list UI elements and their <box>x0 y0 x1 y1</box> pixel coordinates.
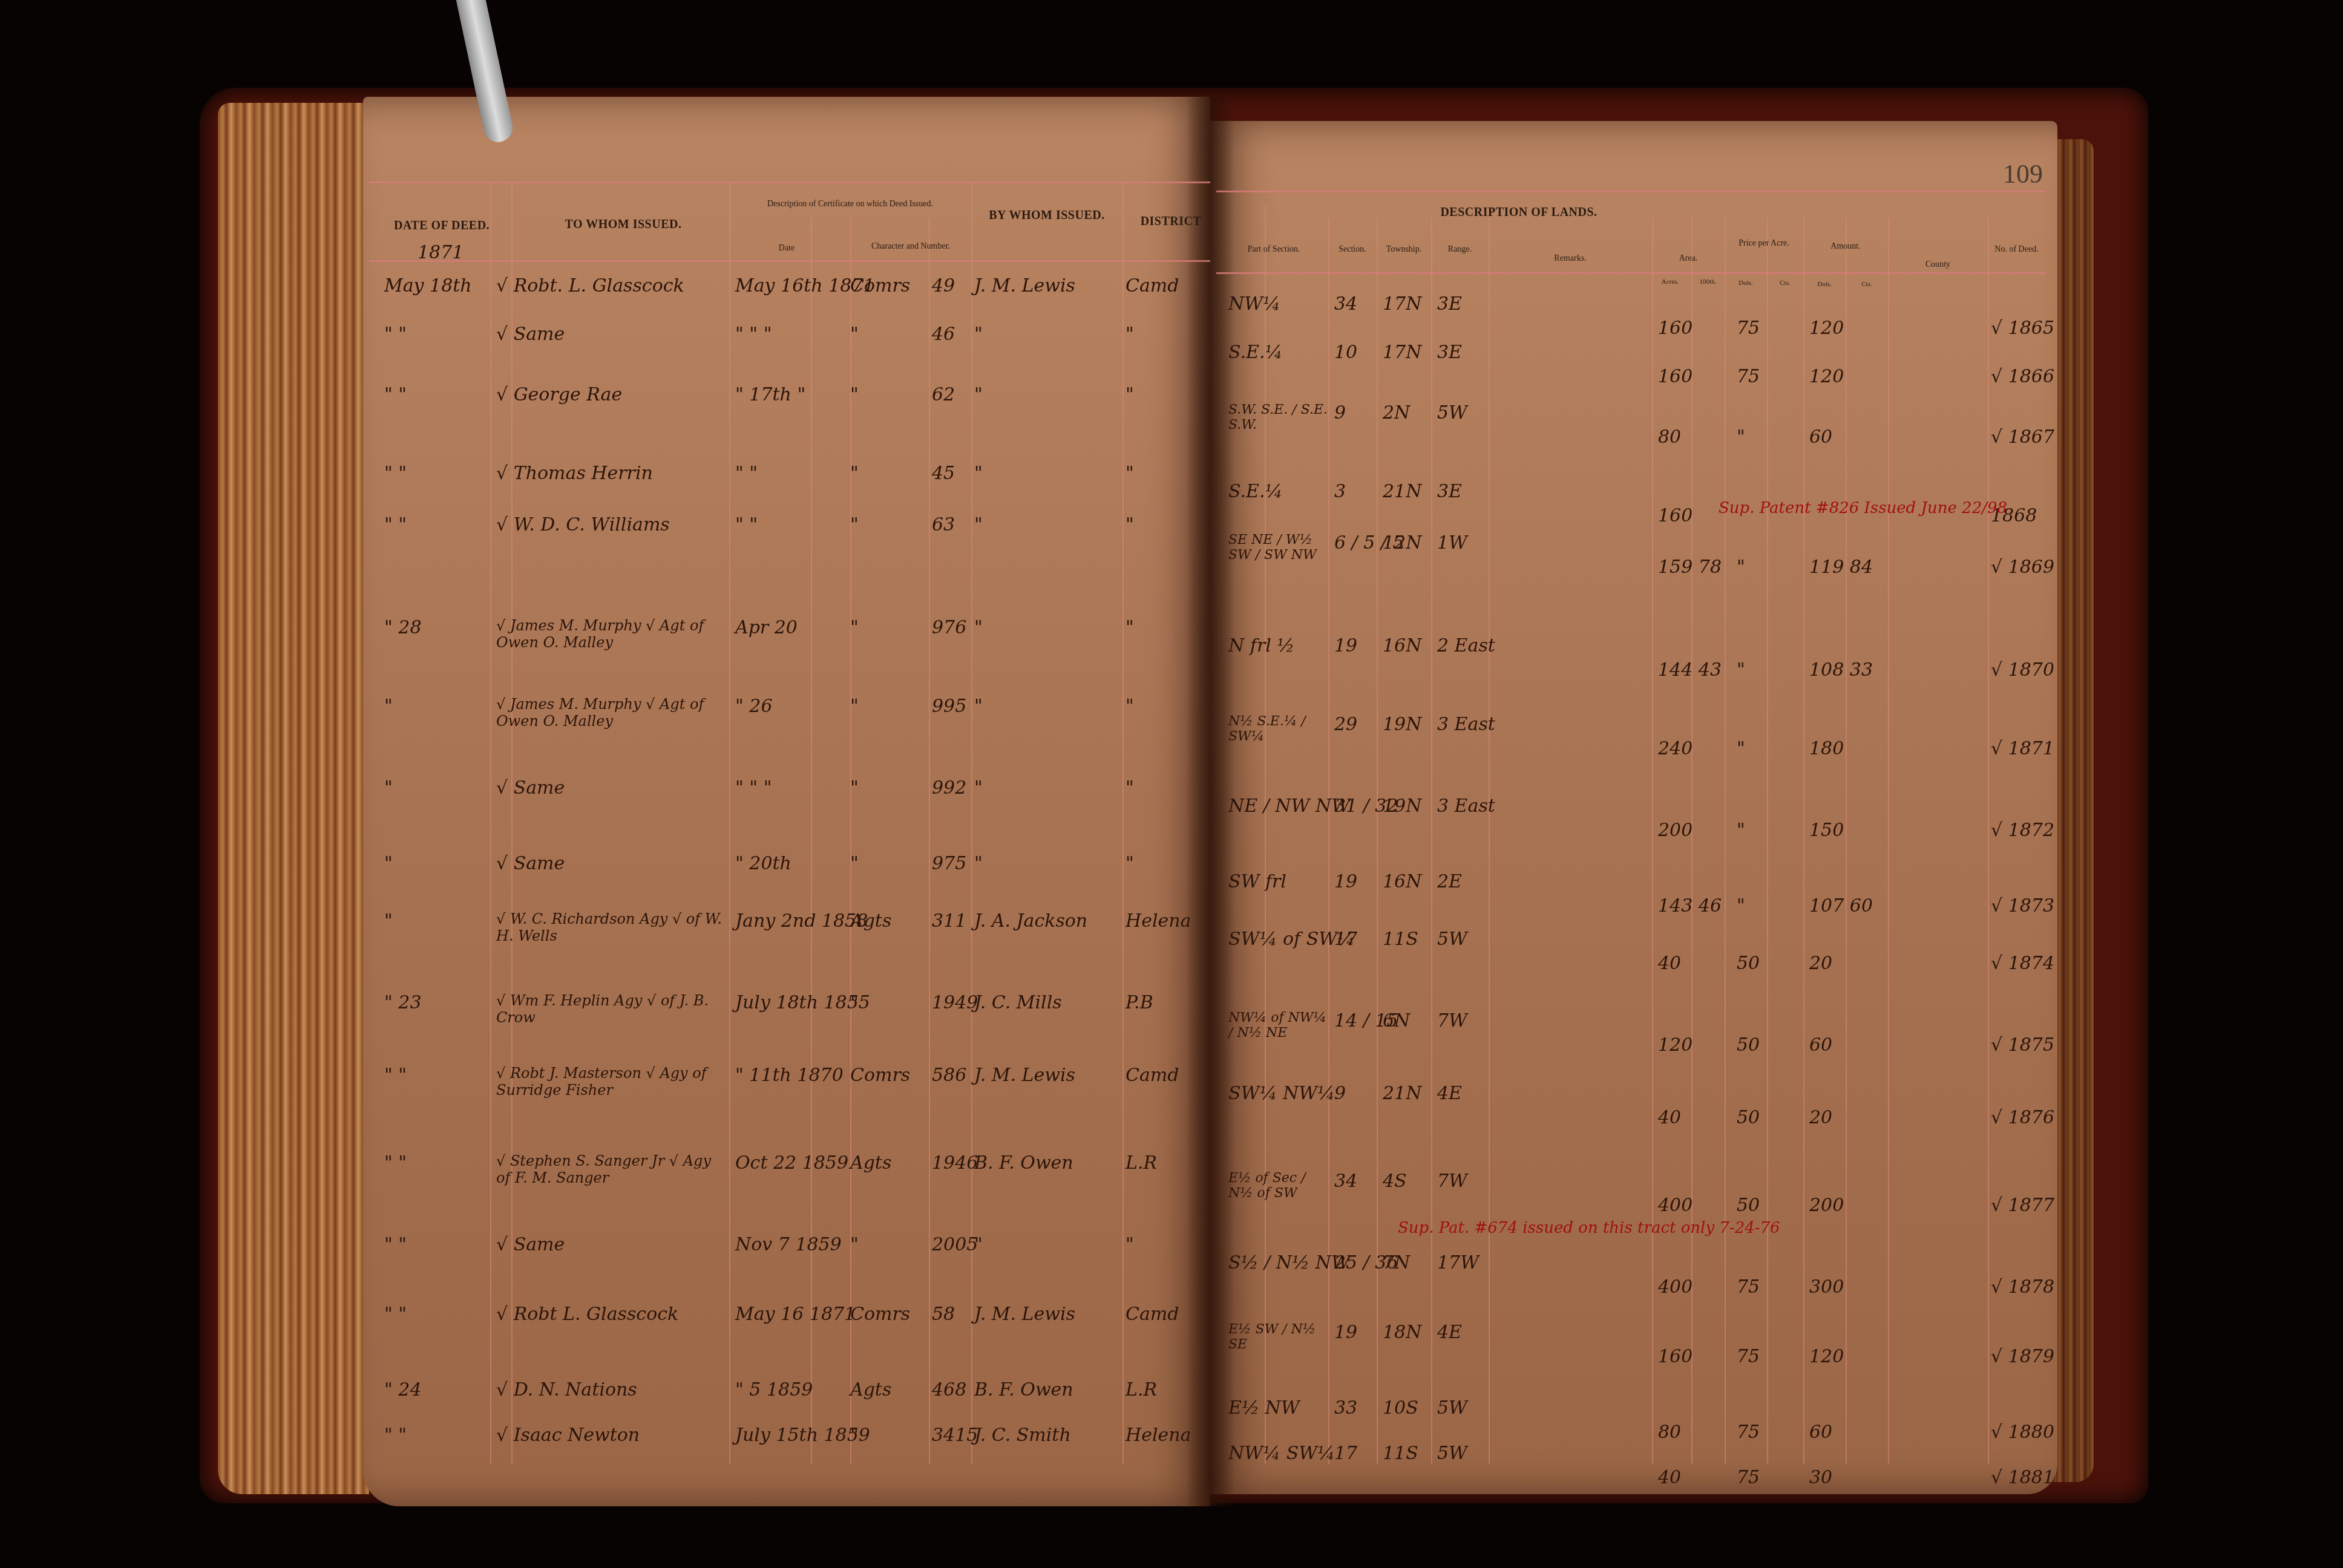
entry-district: " <box>1126 777 1134 799</box>
entry-issued-by: " <box>974 696 983 717</box>
entry-range: 4E <box>1437 1083 1462 1104</box>
header-amount: Amount. <box>1803 242 1888 252</box>
entry-acres: 143 46 <box>1658 895 1722 916</box>
entry-grantee: √ Robt. L. Glasscock <box>496 275 684 296</box>
header-amount-dols: Dols. <box>1803 281 1846 289</box>
entry-cert-number: 49 <box>932 275 955 296</box>
entry-district: P.B <box>1126 992 1153 1013</box>
entry-price: " <box>1737 895 1745 916</box>
entry-part-of-section: NW¼ <box>1228 293 1280 315</box>
entry-cert-character: " <box>850 324 859 345</box>
entry-section: 17 <box>1334 1443 1357 1464</box>
entry-acres: 240 <box>1658 738 1693 759</box>
entry-cert-number: 58 <box>932 1304 955 1325</box>
entry-cert-character: Comrs <box>850 275 910 296</box>
entry-date: May 18th <box>384 275 472 296</box>
entry-amount: 107 60 <box>1809 895 1873 916</box>
entry-cert-number: 586 <box>932 1065 966 1086</box>
entry-township: 2N <box>1383 402 1410 423</box>
entry-deed-number: √ 1869 <box>1991 557 2054 578</box>
entry-cert-character: " <box>850 1234 859 1255</box>
header-certificate-description: Description of Certificate on which Deed… <box>735 200 965 209</box>
entry-grantee: √ Same <box>496 853 565 874</box>
entry-range: 3 East <box>1437 795 1495 817</box>
entry-part-of-section: E½ SW / N½ SE <box>1228 1322 1331 1352</box>
entry-deed-number: √ 1879 <box>1991 1346 2054 1367</box>
entry-grantee: √ Same <box>496 1234 565 1255</box>
entry-deed-number: √ 1874 <box>1991 953 2054 974</box>
entry-date: " " <box>384 1425 407 1446</box>
entry-amount: 119 84 <box>1809 557 1873 578</box>
entry-cert-number: 995 <box>932 696 966 717</box>
header-price-cts: Cts. <box>1767 279 1803 287</box>
entry-acres: 40 <box>1658 1107 1681 1128</box>
entry-part-of-section: S.E.¼ <box>1228 342 1283 363</box>
entry-grantee: √ Stephen S. Sanger Jr √ Agy of F. M. Sa… <box>496 1152 726 1186</box>
entry-cert-character: " <box>850 777 859 799</box>
entry-date: " " <box>384 1234 407 1255</box>
entry-cert-date: " 17th " <box>735 384 805 405</box>
entry-issued-by: J. A. Jackson <box>974 910 1087 932</box>
entry-amount: 60 <box>1809 1034 1832 1056</box>
entry-date: " <box>384 777 393 799</box>
entry-cert-character: " <box>850 514 859 535</box>
entry-deed-number: √ 1881 <box>1991 1467 2054 1488</box>
entry-acres: 159 78 <box>1658 557 1722 578</box>
entry-cert-character: Agts <box>850 910 891 932</box>
entry-district: " <box>1126 324 1134 345</box>
entry-issued-by: " <box>974 777 983 799</box>
entry-cert-number: 3415 <box>932 1425 978 1446</box>
header-cert-character-number: Character and Number. <box>850 242 971 252</box>
entry-price: 50 <box>1737 1034 1760 1056</box>
entry-price: " <box>1737 557 1745 578</box>
entry-cert-number: 62 <box>932 384 955 405</box>
entry-amount: 30 <box>1809 1467 1832 1488</box>
entry-price: " <box>1737 738 1745 759</box>
entry-amount: 20 <box>1809 1107 1832 1128</box>
entry-date: " " <box>384 324 407 345</box>
entry-issued-by: " <box>974 617 983 638</box>
header-rule-bottom-right <box>1216 272 2045 274</box>
entry-section: 19 <box>1334 635 1357 656</box>
entry-cert-number: 468 <box>932 1379 966 1400</box>
entry-range: 3E <box>1437 342 1462 363</box>
entry-cert-date: " 11th 1870 <box>735 1065 844 1086</box>
entry-cert-date: " 5 1859 <box>735 1379 813 1400</box>
entry-acres: 120 <box>1658 1034 1693 1056</box>
entry-issued-by: J. C. Mills <box>974 992 1062 1013</box>
entry-price: 75 <box>1737 318 1760 339</box>
entry-township: 11S <box>1383 1443 1418 1464</box>
entry-township: 16N <box>1383 871 1421 892</box>
entry-part-of-section: NW¼ SW¼ <box>1228 1443 1335 1464</box>
entry-district: " <box>1126 384 1134 405</box>
entry-township: 4S <box>1383 1171 1407 1192</box>
entry-section: 19 <box>1334 1322 1357 1343</box>
entry-range: 4E <box>1437 1322 1462 1343</box>
entry-district: " <box>1126 617 1134 638</box>
entry-price: " <box>1737 659 1745 681</box>
entry-part-of-section: N frl ½ <box>1228 635 1294 656</box>
entry-cert-number: 311 <box>932 910 966 932</box>
entry-section: 34 <box>1334 293 1357 315</box>
col-rule <box>929 218 930 1464</box>
entry-date: " " <box>384 1065 407 1086</box>
entry-cert-character: " <box>850 384 859 405</box>
entry-township: 10S <box>1383 1397 1418 1419</box>
entry-deed-number: √ 1875 <box>1991 1034 2054 1056</box>
entry-deed-number: √ 1872 <box>1991 820 2054 841</box>
entry-issued-by: J. M. Lewis <box>974 1304 1075 1325</box>
header-rule-bottom-left <box>369 260 1210 262</box>
entry-cert-date: " " <box>735 463 758 484</box>
entry-range: 1W <box>1437 532 1467 554</box>
header-hundredths: 100th. <box>1691 278 1725 286</box>
entry-acres: 400 <box>1658 1195 1693 1216</box>
entry-grantee: √ W. C. Richardson Agy √ of W. H. Wells <box>496 910 726 944</box>
header-area: Area. <box>1652 254 1725 264</box>
entry-deed-number: √ 1866 <box>1991 366 2054 387</box>
header-part-of-section: Part of Section. <box>1222 245 1325 255</box>
entry-date: " " <box>384 463 407 484</box>
entry-price: 50 <box>1737 953 1760 974</box>
entry-cert-number: 63 <box>932 514 955 535</box>
entry-acres: 80 <box>1658 1422 1681 1443</box>
entry-range: 5W <box>1437 1397 1467 1419</box>
entry-section: 17 <box>1334 929 1357 950</box>
entry-deed-number: √ 1865 <box>1991 318 2054 339</box>
entry-issued-by: " <box>974 324 983 345</box>
entry-township: 16N <box>1383 635 1421 656</box>
entry-date: " " <box>384 1304 407 1325</box>
entry-range: 5W <box>1437 929 1467 950</box>
entry-cert-number: 46 <box>932 324 955 345</box>
header-amount-cts: Cts. <box>1846 281 1888 289</box>
entry-range: 3 East <box>1437 714 1495 735</box>
entry-date: " <box>384 910 393 932</box>
entry-acres: 40 <box>1658 1467 1681 1488</box>
header-section: Section. <box>1328 245 1377 255</box>
entry-cert-character: " <box>850 696 859 717</box>
entry-amount: 120 <box>1809 366 1844 387</box>
entry-part-of-section: SE NE / W½ SW / SW NW <box>1228 532 1331 563</box>
entry-cert-number: 992 <box>932 777 966 799</box>
entry-amount: 120 <box>1809 318 1844 339</box>
entry-acres: 400 <box>1658 1276 1693 1298</box>
entry-part-of-section: NE / NW NW <box>1228 795 1350 817</box>
entry-township: 17N <box>1383 293 1421 315</box>
header-range: Range. <box>1431 245 1489 255</box>
header-township: Township. <box>1377 245 1431 255</box>
header-remarks: Remarks. <box>1489 254 1652 264</box>
header-price-dols: Dols. <box>1725 279 1767 287</box>
entry-deed-number: √ 1878 <box>1991 1276 2054 1298</box>
entry-red-remark: Sup. Patent #826 Issued June 22/98 <box>1719 499 2007 517</box>
entry-district: " <box>1126 853 1134 874</box>
entry-grantee: √ W. D. C. Williams <box>496 514 670 535</box>
entry-township: 11S <box>1383 929 1418 950</box>
entry-amount: 300 <box>1809 1276 1844 1298</box>
entry-issued-by: B. F. Owen <box>974 1152 1073 1174</box>
entry-part-of-section: NW¼ of NW¼ / N½ NE <box>1228 1010 1331 1040</box>
entry-deed-number: √ 1876 <box>1991 1107 2054 1128</box>
entry-cert-date: Apr 20 <box>735 617 798 638</box>
entry-red-remark: Sup. Pat. #674 issued on this tract only… <box>1398 1219 1780 1237</box>
header-acres: Acres. <box>1652 278 1688 286</box>
col-rule <box>1431 218 1432 1464</box>
entry-part-of-section: S.W. S.E. / S.E. S.W. <box>1228 402 1331 433</box>
col-rule <box>811 218 812 1464</box>
entry-cert-date: Jany 2nd 1858 <box>735 910 868 932</box>
entry-range: 17W <box>1437 1252 1479 1273</box>
entry-section: 3 <box>1334 481 1346 502</box>
entry-section: 9 <box>1334 402 1346 423</box>
col-rule <box>971 181 972 1464</box>
entry-township: 19N <box>1383 714 1421 735</box>
col-rule <box>1803 218 1804 1464</box>
entry-cert-date: " " " <box>735 777 772 799</box>
entry-grantee: √ D. N. Nations <box>496 1379 637 1400</box>
entry-range: 3E <box>1437 481 1462 502</box>
entry-cert-number: 976 <box>932 617 966 638</box>
entry-district: " <box>1126 696 1134 717</box>
entry-amount: 20 <box>1809 953 1832 974</box>
entry-issued-by: " <box>974 853 983 874</box>
entry-price: 50 <box>1737 1107 1760 1128</box>
entry-cert-date: May 16 1871 <box>735 1304 856 1325</box>
entry-cert-character: Comrs <box>850 1304 910 1325</box>
entry-price: " <box>1737 820 1745 841</box>
entry-date: " <box>384 853 393 874</box>
entry-grantee: √ Isaac Newton <box>496 1425 640 1446</box>
entry-district: Camd <box>1126 1065 1179 1086</box>
entry-township: 21N <box>1383 1083 1421 1104</box>
entry-price: 75 <box>1737 1422 1760 1443</box>
header-by-whom-issued: BY WHOM ISSUED. <box>971 209 1122 223</box>
entry-deed-number: √ 1877 <box>1991 1195 2054 1216</box>
entry-cert-number: 1949 <box>932 992 978 1013</box>
entry-cert-date: " 20th <box>735 853 791 874</box>
entry-cert-character: Agts <box>850 1152 891 1174</box>
entry-district: Helena <box>1126 1425 1191 1446</box>
header-county: County <box>1888 260 1988 270</box>
entry-part-of-section: SW frl <box>1228 871 1286 892</box>
entry-deed-number: √ 1880 <box>1991 1422 2054 1443</box>
entry-township: 21N <box>1383 481 1421 502</box>
entry-township: 6N <box>1383 1010 1410 1031</box>
entry-cert-date: Nov 7 1859 <box>735 1234 842 1255</box>
entry-township: 7N <box>1383 1252 1410 1273</box>
page-number: 109 <box>2003 158 2043 189</box>
entry-acres: 144 43 <box>1658 659 1722 681</box>
entry-amount: 108 33 <box>1809 659 1873 681</box>
col-rule <box>1988 218 1989 1464</box>
entry-deed-number: √ 1867 <box>1991 426 2054 448</box>
entry-price: 75 <box>1737 1276 1760 1298</box>
entry-cert-number: 1946 <box>932 1152 978 1174</box>
entry-district: " <box>1126 1234 1134 1255</box>
entry-price: 75 <box>1737 366 1760 387</box>
entry-part-of-section: S.E.¼ <box>1228 481 1283 502</box>
entry-district: " <box>1126 463 1134 484</box>
entry-date: " " <box>384 384 407 405</box>
entry-range: 5W <box>1437 402 1467 423</box>
entry-township: 17N <box>1383 342 1421 363</box>
entry-range: 7W <box>1437 1171 1467 1192</box>
entry-section: 33 <box>1334 1397 1357 1419</box>
entry-grantee: √ Thomas Herrin <box>496 463 653 484</box>
entry-range: 2 East <box>1437 635 1495 656</box>
col-rule <box>1846 218 1847 1464</box>
entry-cert-character: " <box>850 1425 859 1446</box>
entry-acres: 200 <box>1658 820 1693 841</box>
entry-grantee: √ James M. Murphy √ Agt of Owen O. Malle… <box>496 617 726 651</box>
entry-price: " <box>1737 426 1745 448</box>
entry-grantee: √ Wm F. Heplin Agy √ of J. B. Crow <box>496 992 726 1026</box>
header-description-of-lands: DESCRIPTION OF LANDS. <box>1362 206 1676 220</box>
entry-section: 34 <box>1334 1171 1357 1192</box>
entry-district: Camd <box>1126 1304 1179 1325</box>
entry-date: " 23 <box>384 992 422 1013</box>
col-rule <box>1122 181 1124 1464</box>
entry-cert-number: 975 <box>932 853 966 874</box>
entry-cert-number: 45 <box>932 463 955 484</box>
entry-grantee: √ James M. Murphy √ Agt of Owen O. Malle… <box>496 696 726 730</box>
entry-acres: 160 <box>1658 505 1693 526</box>
entry-issued-by: J. M. Lewis <box>974 1065 1075 1086</box>
entry-district: L.R <box>1126 1152 1157 1174</box>
header-date-of-deed: DATE OF DEED. <box>387 219 496 233</box>
entry-grantee: √ Same <box>496 777 565 799</box>
entry-part-of-section: N½ S.E.¼ / SW¼ <box>1228 714 1331 744</box>
entry-section: 29 <box>1334 714 1357 735</box>
entry-amount: 60 <box>1809 426 1832 448</box>
col-rule <box>1888 218 1889 1464</box>
entry-cert-character: " <box>850 463 859 484</box>
entry-part-of-section: E½ of Sec / N½ of SW <box>1228 1171 1331 1201</box>
entry-issued-by: " <box>974 514 983 535</box>
entry-cert-character: Comrs <box>850 1065 910 1086</box>
entry-issued-by: B. F. Owen <box>974 1379 1073 1400</box>
entry-district: Helena <box>1126 910 1191 932</box>
entry-price: 50 <box>1737 1195 1760 1216</box>
entry-acres: 80 <box>1658 426 1681 448</box>
header-price-per-acre: Price per Acre. <box>1725 239 1803 249</box>
entry-township: 19N <box>1383 795 1421 817</box>
entry-cert-character: " <box>850 853 859 874</box>
entry-range: 5W <box>1437 1443 1467 1464</box>
entry-township: 12N <box>1383 532 1421 554</box>
header-district: DISTRICT <box>1126 215 1216 229</box>
entry-district: L.R <box>1126 1379 1157 1400</box>
entry-date: " " <box>384 514 407 535</box>
entry-part-of-section: E½ NW <box>1228 1397 1300 1419</box>
entry-district: " <box>1126 514 1134 535</box>
entry-range: 2E <box>1437 871 1462 892</box>
entry-cert-character: " <box>850 617 859 638</box>
col-rule <box>511 181 513 1464</box>
entry-deed-number: √ 1873 <box>1991 895 2054 916</box>
book-gutter <box>1186 97 1234 1506</box>
entry-issued-by: " <box>974 1234 983 1255</box>
col-rule <box>1377 218 1378 1464</box>
entry-issued-by: " <box>974 384 983 405</box>
entry-cert-character: Agts <box>850 1379 891 1400</box>
entry-grantee: √ Robt L. Glasscock <box>496 1304 678 1325</box>
entry-date: " <box>384 696 393 717</box>
entry-grantee: √ George Rae <box>496 384 622 405</box>
col-rule <box>490 181 491 1464</box>
entry-date: " 28 <box>384 617 422 638</box>
entry-section: 9 <box>1334 1083 1346 1104</box>
entry-township: 18N <box>1383 1322 1421 1343</box>
entry-cert-date: " " <box>735 514 758 535</box>
entry-issued-by: J. M. Lewis <box>974 275 1075 296</box>
col-rule <box>1265 206 1266 1464</box>
entry-deed-number: √ 1870 <box>1991 659 2054 681</box>
entry-cert-date: " " " <box>735 324 772 345</box>
header-no-of-deed: No. of Deed. <box>1988 245 2045 255</box>
col-rule <box>1489 218 1490 1464</box>
entry-deed-number: √ 1871 <box>1991 738 2054 759</box>
entry-issued-by: " <box>974 463 983 484</box>
col-rule <box>1725 218 1726 1464</box>
entry-part-of-section: S½ / N½ NW <box>1228 1252 1350 1273</box>
entry-amount: 60 <box>1809 1422 1832 1443</box>
header-to-whom-issued: TO WHOM ISSUED. <box>532 218 714 232</box>
entry-acres: 40 <box>1658 953 1681 974</box>
entry-acres: 160 <box>1658 318 1693 339</box>
entry-section: 10 <box>1334 342 1357 363</box>
entry-amount: 150 <box>1809 820 1844 841</box>
entry-date: " " <box>384 1152 407 1174</box>
entry-range: 7W <box>1437 1010 1467 1031</box>
header-rule-top-left <box>369 181 1210 183</box>
header-rule-top-right <box>1216 191 2045 192</box>
entry-price: 75 <box>1737 1346 1760 1367</box>
entry-issued-by: J. C. Smith <box>974 1425 1071 1446</box>
entry-acres: 160 <box>1658 1346 1693 1367</box>
entry-cert-character: " <box>850 992 859 1013</box>
col-rule <box>729 181 730 1464</box>
entry-district: Camd <box>1126 275 1179 296</box>
entry-amount: 120 <box>1809 1346 1844 1367</box>
col-rule <box>1652 218 1653 1464</box>
entry-cert-date: " 26 <box>735 696 773 717</box>
col-rule <box>1767 218 1768 1464</box>
entry-grantee: √ Same <box>496 324 565 345</box>
entry-amount: 200 <box>1809 1195 1844 1216</box>
entry-section: 19 <box>1334 871 1357 892</box>
page-stack-left <box>218 103 369 1494</box>
year-label: 1871 <box>418 242 464 263</box>
entry-part-of-section: SW¼ NW¼ <box>1228 1083 1335 1104</box>
entry-cert-number: 2005 <box>932 1234 978 1255</box>
entry-range: 3E <box>1437 293 1462 315</box>
entry-date: " 24 <box>384 1379 422 1400</box>
entry-amount: 180 <box>1809 738 1844 759</box>
entry-grantee: √ Robt J. Masterson √ Agy of Surridge Fi… <box>496 1065 726 1099</box>
entry-cert-date: Oct 22 1859 <box>735 1152 848 1174</box>
header-cert-date: Date <box>762 244 811 253</box>
entry-acres: 160 <box>1658 366 1693 387</box>
entry-price: 75 <box>1737 1467 1760 1488</box>
